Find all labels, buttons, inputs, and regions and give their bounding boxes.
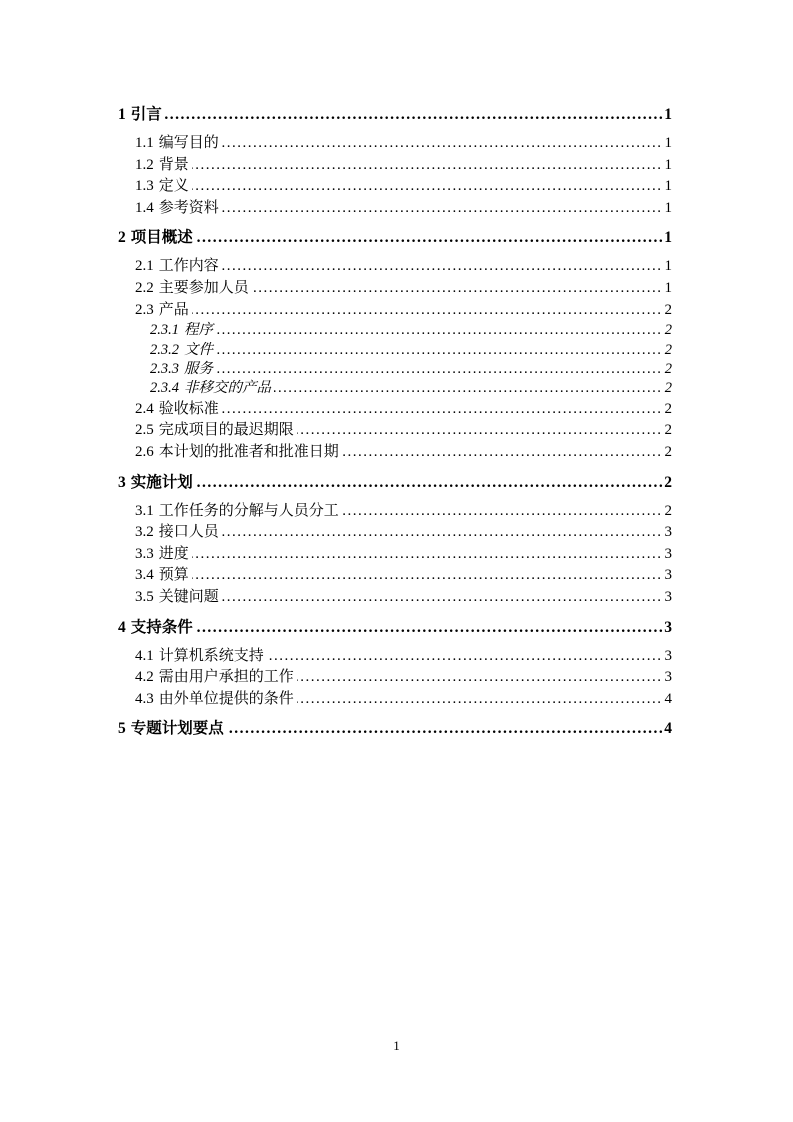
toc-entry[interactable]: 2.5 完成项目的最迟期限 2 (118, 420, 672, 442)
toc-entry-number: 2.2 (135, 278, 154, 300)
toc-entry-page-number: 1 (665, 198, 673, 220)
toc-entry-number: 3.5 (135, 587, 154, 609)
toc-dot-leader (216, 321, 663, 340)
toc-entry-title: 产品 (159, 300, 189, 322)
toc-entry-page-number: 3 (665, 544, 673, 566)
toc-entry-title: 实施计划 (131, 471, 193, 494)
toc-entry-title: 工作任务的分解与人员分工 (159, 501, 339, 523)
toc-dot-leader (297, 689, 663, 711)
toc-entry-title: 服务 (184, 360, 213, 379)
toc-dot-leader (196, 616, 664, 639)
toc-dot-leader (252, 278, 663, 300)
toc-entry-title: 预算 (159, 565, 189, 587)
toc-entry-number: 1.2 (135, 155, 154, 177)
toc-entry-number: 2.1 (135, 256, 154, 278)
toc-dot-leader (222, 399, 663, 421)
toc-entry-number: 4 (118, 616, 126, 639)
toc-entry-number: 2.3.1 (150, 321, 179, 340)
toc-entry-number: 2.5 (135, 420, 154, 442)
toc-entry[interactable]: 3 实施计划 2 (118, 471, 672, 494)
toc-entry[interactable]: 4.2 需由用户承担的工作 3 (118, 667, 672, 689)
toc-entry-number: 1 (118, 103, 126, 126)
toc-entry-title: 完成项目的最迟期限 (159, 420, 294, 442)
toc-entry-title: 工作内容 (159, 256, 219, 278)
toc-entry-page-number: 2 (665, 442, 673, 464)
toc-entry[interactable]: 1 引言 1 (118, 103, 672, 126)
toc-entry-page-number: 2 (665, 360, 672, 379)
toc-entry-number: 2.3.3 (150, 360, 179, 379)
document-page: 1 引言 1 1.1 编写目的 1 1.2 背景 1 1.3 定义 1 1.4 … (0, 0, 793, 1122)
toc-entry-number: 2 (118, 226, 126, 249)
toc-entry[interactable]: 3.4 预算 3 (118, 565, 672, 587)
toc-entry-title: 引言 (131, 103, 162, 126)
toc-entry-number: 2.3.2 (150, 341, 179, 360)
toc-entry[interactable]: 4.3 由外单位提供的条件 4 (118, 689, 672, 711)
toc-entry-page-number: 1 (665, 176, 673, 198)
toc-entry-number: 1.1 (135, 133, 154, 155)
toc-entry[interactable]: 2.1 工作内容 1 (118, 256, 672, 278)
toc-dot-leader (342, 501, 663, 523)
toc-entry-page-number: 1 (665, 256, 673, 278)
table-of-contents: 1 引言 1 1.1 编写目的 1 1.2 背景 1 1.3 定义 1 1.4 … (118, 96, 672, 747)
toc-entry[interactable]: 2.3.1 程序 2 (118, 321, 672, 340)
toc-entry-title: 进度 (159, 544, 189, 566)
toc-entry-page-number: 3 (664, 616, 672, 639)
toc-entry[interactable]: 2.3 产品 2 (118, 300, 672, 322)
toc-entry[interactable]: 1.3 定义 1 (118, 176, 672, 198)
toc-dot-leader (192, 176, 663, 198)
toc-entry-number: 2.4 (135, 399, 154, 421)
toc-entry[interactable]: 3.2 接口人员 3 (118, 522, 672, 544)
toc-dot-leader (165, 103, 664, 126)
toc-entry[interactable]: 2.6 本计划的批准者和批准日期 2 (118, 442, 672, 464)
toc-dot-leader (222, 198, 663, 220)
toc-entry-title: 主要参加人员 (159, 278, 249, 300)
toc-entry-number: 1.3 (135, 176, 154, 198)
toc-entry[interactable]: 1.2 背景 1 (118, 155, 672, 177)
toc-dot-leader (216, 360, 663, 379)
toc-entry-title: 非移交的产品 (184, 379, 271, 398)
toc-dot-leader (222, 587, 663, 609)
toc-entry-title: 专题计划要点 (131, 717, 224, 740)
toc-entry-number: 2.3 (135, 300, 154, 322)
toc-entry-page-number: 2 (665, 501, 673, 523)
toc-entry[interactable]: 2.2 主要参加人员 1 (118, 278, 672, 300)
toc-dot-leader (227, 717, 664, 740)
toc-dot-leader (196, 226, 664, 249)
toc-dot-leader (216, 341, 663, 360)
toc-entry[interactable]: 1.1 编写目的 1 (118, 133, 672, 155)
toc-entry-title: 接口人员 (159, 522, 219, 544)
toc-entry-number: 3.3 (135, 544, 154, 566)
toc-dot-leader (342, 442, 663, 464)
toc-entry-title: 项目概述 (131, 226, 193, 249)
toc-entry-page-number: 3 (665, 587, 673, 609)
toc-entry-title: 关键问题 (159, 587, 219, 609)
toc-entry[interactable]: 5 专题计划要点 4 (118, 717, 672, 740)
toc-entry-page-number: 1 (664, 103, 672, 126)
toc-entry[interactable]: 4 支持条件 3 (118, 616, 672, 639)
toc-entry-page-number: 2 (665, 420, 673, 442)
toc-entry-page-number: 1 (665, 278, 673, 300)
toc-entry-title: 编写目的 (159, 133, 219, 155)
toc-entry-page-number: 1 (665, 155, 673, 177)
toc-dot-leader (297, 667, 663, 689)
toc-entry-page-number: 2 (665, 341, 672, 360)
toc-entry-title: 背景 (159, 155, 189, 177)
toc-entry-page-number: 2 (665, 399, 673, 421)
toc-entry-title: 参考资料 (159, 198, 219, 220)
toc-entry-page-number: 2 (665, 321, 672, 340)
toc-dot-leader (222, 256, 663, 278)
toc-entry[interactable]: 3.5 关键问题 3 (118, 587, 672, 609)
toc-entry-page-number: 1 (664, 226, 672, 249)
toc-entry[interactable]: 2.3.4 非移交的产品 2 (118, 379, 672, 398)
toc-entry-page-number: 3 (665, 522, 673, 544)
toc-entry-number: 3.2 (135, 522, 154, 544)
toc-entry[interactable]: 2 项目概述 1 (118, 226, 672, 249)
toc-entry-page-number: 2 (665, 300, 673, 322)
page-footer: 1 (0, 1038, 793, 1054)
toc-entry-page-number: 2 (665, 379, 672, 398)
toc-entry[interactable]: 3.3 进度 3 (118, 544, 672, 566)
toc-entry-page-number: 3 (665, 646, 673, 668)
toc-entry-number: 4.2 (135, 667, 154, 689)
toc-dot-leader (192, 155, 663, 177)
toc-entry-page-number: 4 (664, 717, 672, 740)
toc-entry-number: 4.1 (135, 646, 154, 668)
toc-entry-page-number: 4 (665, 689, 673, 711)
toc-dot-leader (222, 133, 663, 155)
toc-entry[interactable]: 2.3.3 服务 2 (118, 360, 672, 379)
toc-entry-number: 3.1 (135, 501, 154, 523)
toc-entry-page-number: 1 (665, 133, 673, 155)
toc-entry-title: 由外单位提供的条件 (159, 689, 294, 711)
toc-dot-leader (196, 471, 664, 494)
toc-entry-number: 2.6 (135, 442, 154, 464)
toc-entry[interactable]: 2.4 验收标准 2 (118, 399, 672, 421)
toc-entry[interactable]: 2.3.2 文件 2 (118, 341, 672, 360)
toc-entry-title: 验收标准 (159, 399, 219, 421)
toc-dot-leader (267, 646, 663, 668)
toc-entry-title: 程序 (184, 321, 213, 340)
toc-entry-page-number: 3 (665, 565, 673, 587)
toc-entry-title: 支持条件 (131, 616, 193, 639)
footer-page-number: 1 (393, 1038, 400, 1053)
toc-entry-number: 3 (118, 471, 126, 494)
toc-dot-leader (297, 420, 663, 442)
toc-dot-leader (192, 565, 663, 587)
toc-entry-title: 计算机系统支持 (159, 646, 264, 668)
toc-entry-number: 1.4 (135, 198, 154, 220)
toc-entry-number: 3.4 (135, 565, 154, 587)
toc-entry-number: 5 (118, 717, 126, 740)
toc-entry[interactable]: 4.1 计算机系统支持 3 (118, 646, 672, 668)
toc-dot-leader (192, 300, 663, 322)
toc-dot-leader (274, 379, 663, 398)
toc-entry-number: 2.3.4 (150, 379, 179, 398)
toc-entry-title: 定义 (159, 176, 189, 198)
toc-entry-title: 本计划的批准者和批准日期 (159, 442, 339, 464)
toc-entry-number: 4.3 (135, 689, 154, 711)
toc-entry-title: 需由用户承担的工作 (159, 667, 294, 689)
toc-entry[interactable]: 3.1 工作任务的分解与人员分工 2 (118, 501, 672, 523)
toc-dot-leader (222, 522, 663, 544)
toc-dot-leader (192, 544, 663, 566)
toc-entry-page-number: 2 (664, 471, 672, 494)
toc-entry[interactable]: 1.4 参考资料 1 (118, 198, 672, 220)
toc-entry-title: 文件 (184, 341, 213, 360)
toc-entry-page-number: 3 (665, 667, 673, 689)
